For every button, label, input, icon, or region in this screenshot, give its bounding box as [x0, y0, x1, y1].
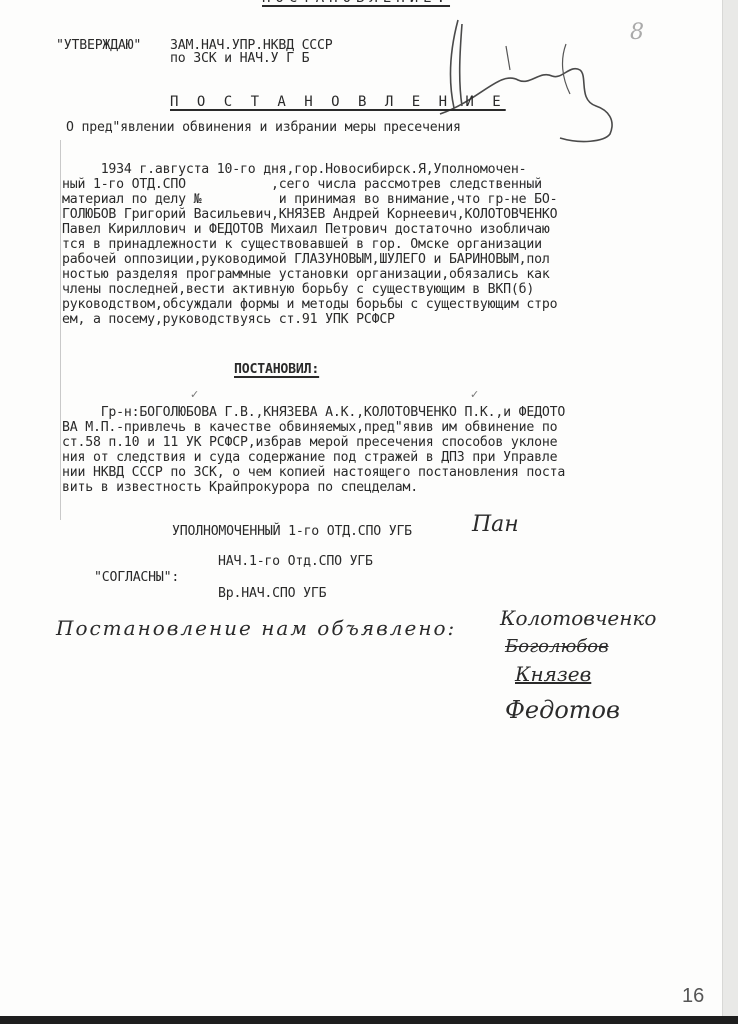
body-line: материал по делу № и принимая во внимани… [62, 192, 557, 207]
body-line: ный 1-го ОТД.СПО ,сего числа рассмотрев … [62, 177, 542, 192]
document-subtitle: О пред"явлении обвинения и избрании меры… [66, 120, 461, 135]
page-number: 16 [682, 985, 704, 1008]
body-line: руководством,обсуждали формы и методы бо… [62, 297, 557, 312]
accused-signature: Князев [515, 662, 591, 686]
handwritten-note: Постановление нам объявлено: [56, 616, 456, 640]
page-title: П О С Т А Н О В Л Е Н И Е [170, 95, 506, 110]
approval-line-2: по ЗСК и НАЧ.У Г Б [170, 51, 309, 66]
resolution-line: нии НКВД СССР по ЗСК, о чем копией насто… [62, 465, 565, 480]
resolution-line: ВА М.П.-привлечь в качестве обвиняемых,п… [62, 420, 557, 435]
check-mark: ✓ [470, 388, 479, 401]
officer-signature: Пан [472, 512, 519, 537]
accused-signature: Колотовченко [500, 606, 656, 630]
approval-label: "УТВЕРЖДАЮ" [56, 38, 141, 53]
document-page: ПОСТАНОВЛЕНИЕ. "УТВЕРЖДАЮ" ЗАМ.НАЧ.УПР.Н… [0, 0, 722, 1016]
officer-signature-line: УПОЛНОМОЧЕННЫЙ 1-го ОТД.СПО УГБ [172, 524, 412, 539]
body-line: ГОЛЮБОВ Григорий Васильевич,КНЯЗЕВ Андре… [62, 207, 557, 222]
accused-signature: Федотов [505, 696, 620, 724]
body-line: Павел Кириллович и ФЕДОТОВ Михаил Петров… [62, 222, 550, 237]
check-mark: ✓ [190, 388, 199, 401]
resolution-line: ния от следствия и суда содержание под с… [62, 450, 557, 465]
agreed-label: "СОГЛАСНЫ": [94, 570, 179, 585]
resolution-line: ст.58 п.10 и 11 УК РСФСР,избрав мерой пр… [62, 435, 557, 450]
resolution-line: вить в известность Крайпрокурора по спец… [62, 480, 418, 495]
resolution-line: Гр-н:БОГОЛЮБОВА Г.В.,КНЯЗЕВА А.К.,КОЛОТО… [62, 405, 565, 420]
scan-bottom-edge [0, 1016, 738, 1024]
scan-right-edge [722, 0, 738, 1016]
approval-mark: 8 [630, 20, 644, 45]
left-margin-rule [60, 140, 61, 520]
body-line: ем, а посему,руководствуясь ст.91 УПК РС… [62, 312, 395, 327]
body-line: 1934 г.августа 10-го дня,гор.Новосибирск… [62, 162, 526, 177]
body-line: тся в принадлежности к существовавшей в … [62, 237, 542, 252]
body-line: члены последней,вести активную борьбу с … [62, 282, 534, 297]
body-line: рабочей оппозиции,руководимой ГЛАЗУНОВЫМ… [62, 252, 550, 267]
chief-1-line: НАЧ.1-го Отд.СПО УГБ [218, 554, 373, 569]
resolved-heading: ПОСТАНОВИЛ: [234, 362, 319, 377]
body-line: ностью разделяя программные установки ор… [62, 267, 550, 282]
top-cut-title: ПОСТАНОВЛЕНИЕ. [262, 0, 450, 6]
accused-signature: Боголюбов [505, 636, 609, 657]
chief-2-line: Вр.НАЧ.СПО УГБ [218, 586, 326, 601]
